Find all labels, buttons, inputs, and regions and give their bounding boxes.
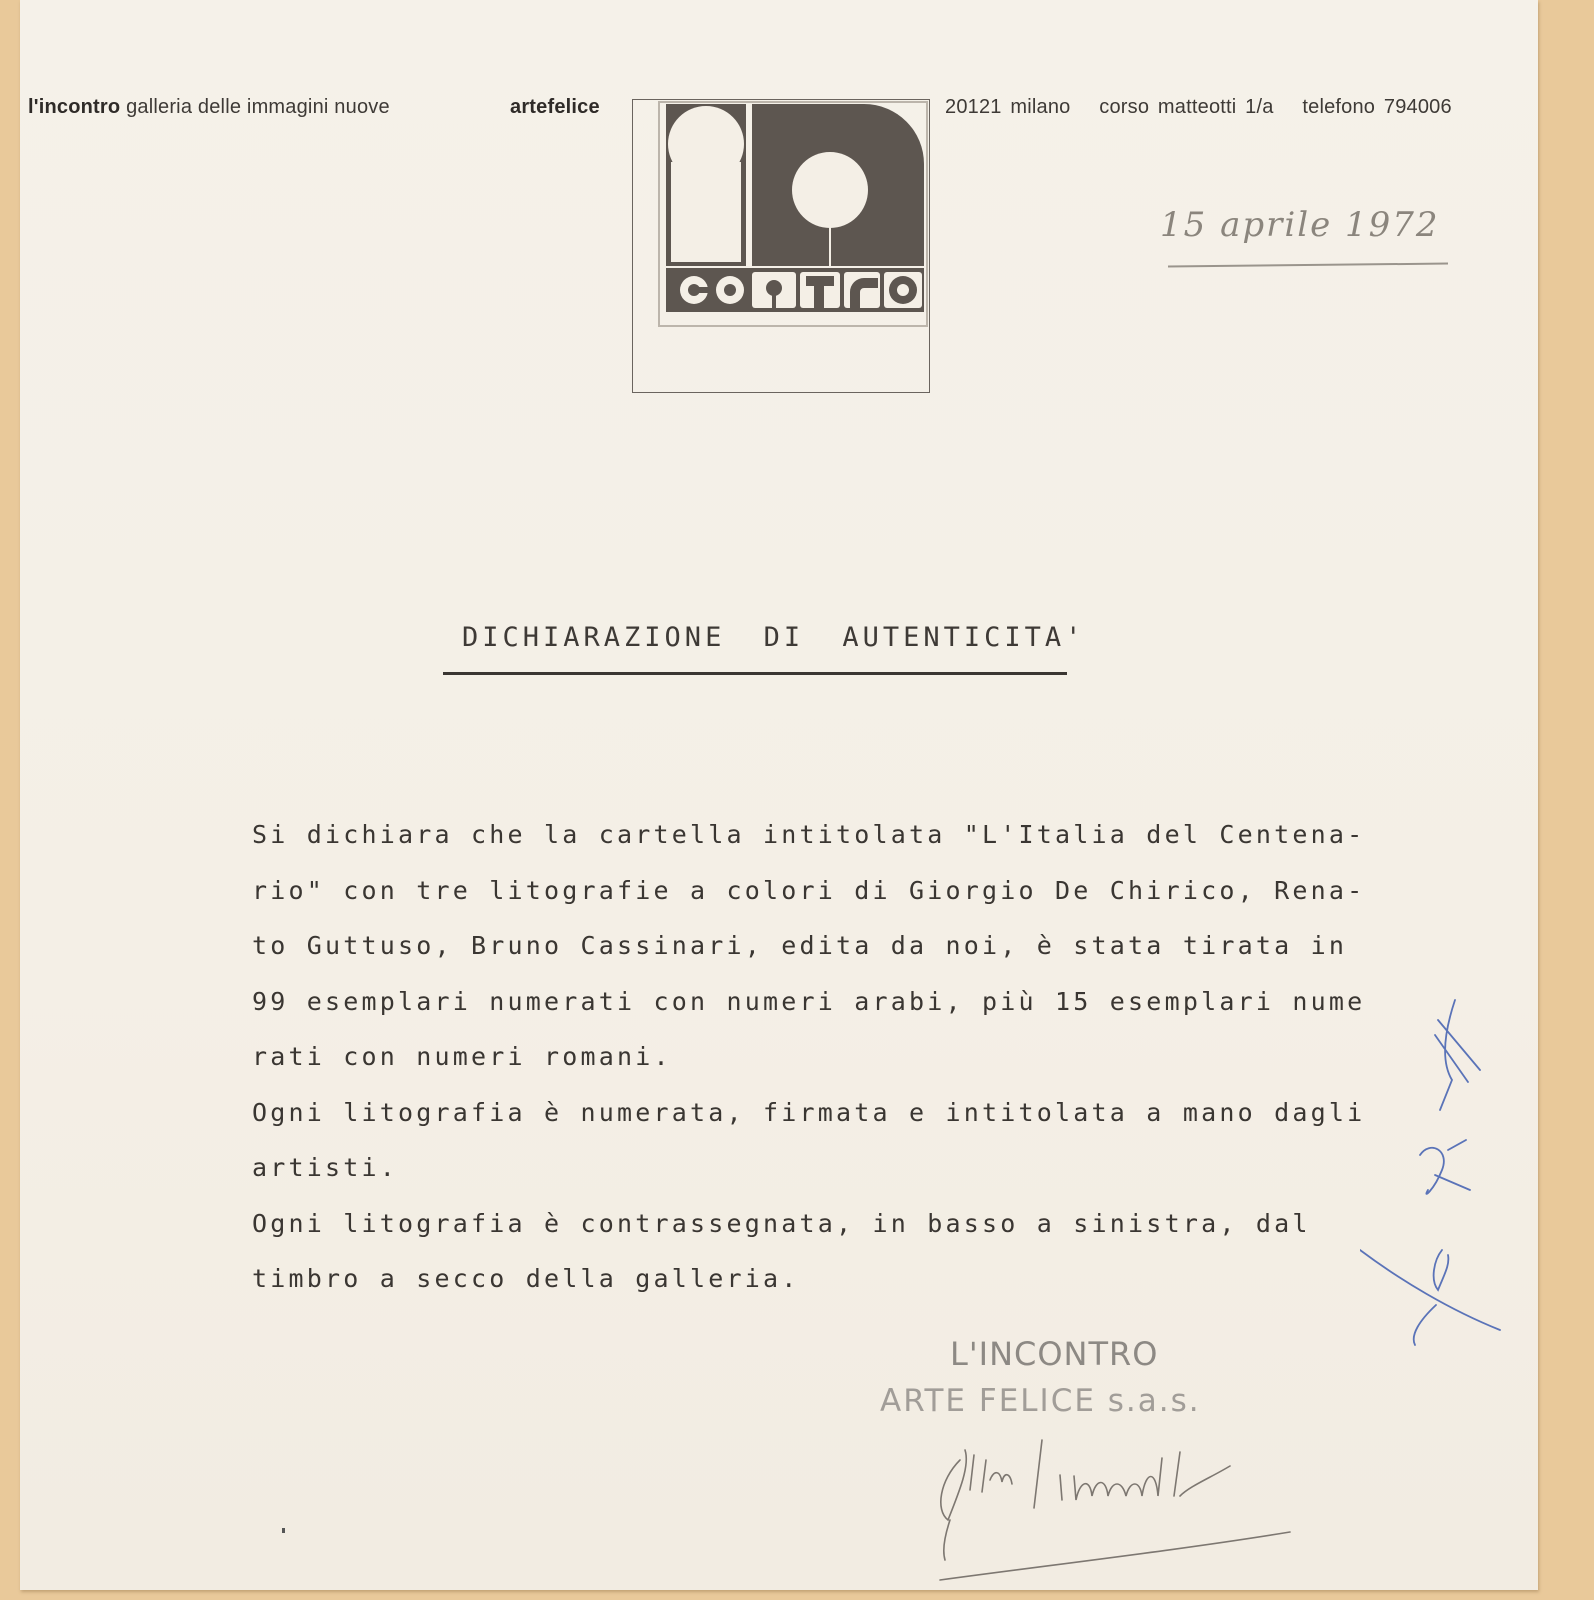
blue-ink-signature-icon	[1360, 990, 1510, 1350]
gallery-name-bold: l'incontro	[28, 96, 120, 118]
stamp-line-2: ARTE FELICE s.a.s.	[880, 1383, 1201, 1419]
body-line: rati con numeri romani.	[252, 1042, 1432, 1098]
letterhead-brand: artefelice	[510, 96, 600, 119]
body-line: rio" con tre litografie a colori di Gior…	[252, 876, 1432, 932]
body-line: Ogni litografia è contrassegnata, in bas…	[252, 1209, 1432, 1265]
body-line: Si dichiara che la cartella intitolata "…	[252, 820, 1432, 876]
body-line: artisti.	[252, 1153, 1432, 1209]
address-phone: telefono 794006	[1302, 96, 1451, 118]
document-title: DICHIARAZIONE DI AUTENTICITA'	[462, 622, 1085, 653]
title-underline	[443, 672, 1067, 675]
gallery-subtitle: galleria delle immagini nuove	[120, 96, 389, 118]
letterhead-gallery-name: l'incontro galleria delle immagini nuove	[28, 96, 390, 119]
declaration-body: Si dichiara che la cartella intitolata "…	[252, 820, 1432, 1320]
incontro-logo-icon	[664, 102, 926, 322]
body-line: 99 esemplari numerati con numeri arabi, …	[252, 987, 1432, 1043]
paper-speck	[282, 1528, 285, 1533]
body-line: Ogni litografia è numerata, firmata e in…	[252, 1098, 1432, 1154]
address-city: 20121 milano	[945, 96, 1071, 118]
address-street: corso matteotti 1/a	[1099, 96, 1273, 118]
letterhead-address: 20121 milano corso matteotti 1/a telefon…	[945, 96, 1472, 119]
pencil-signature-icon	[930, 1420, 1350, 1590]
handwritten-date: 15 aprile 1972	[1160, 205, 1440, 245]
stamp-line-1: L'INCONTRO	[950, 1335, 1158, 1373]
body-line: to Guttuso, Bruno Cassinari, edita da no…	[252, 931, 1432, 987]
body-line: timbro a secco della galleria.	[252, 1264, 1432, 1320]
